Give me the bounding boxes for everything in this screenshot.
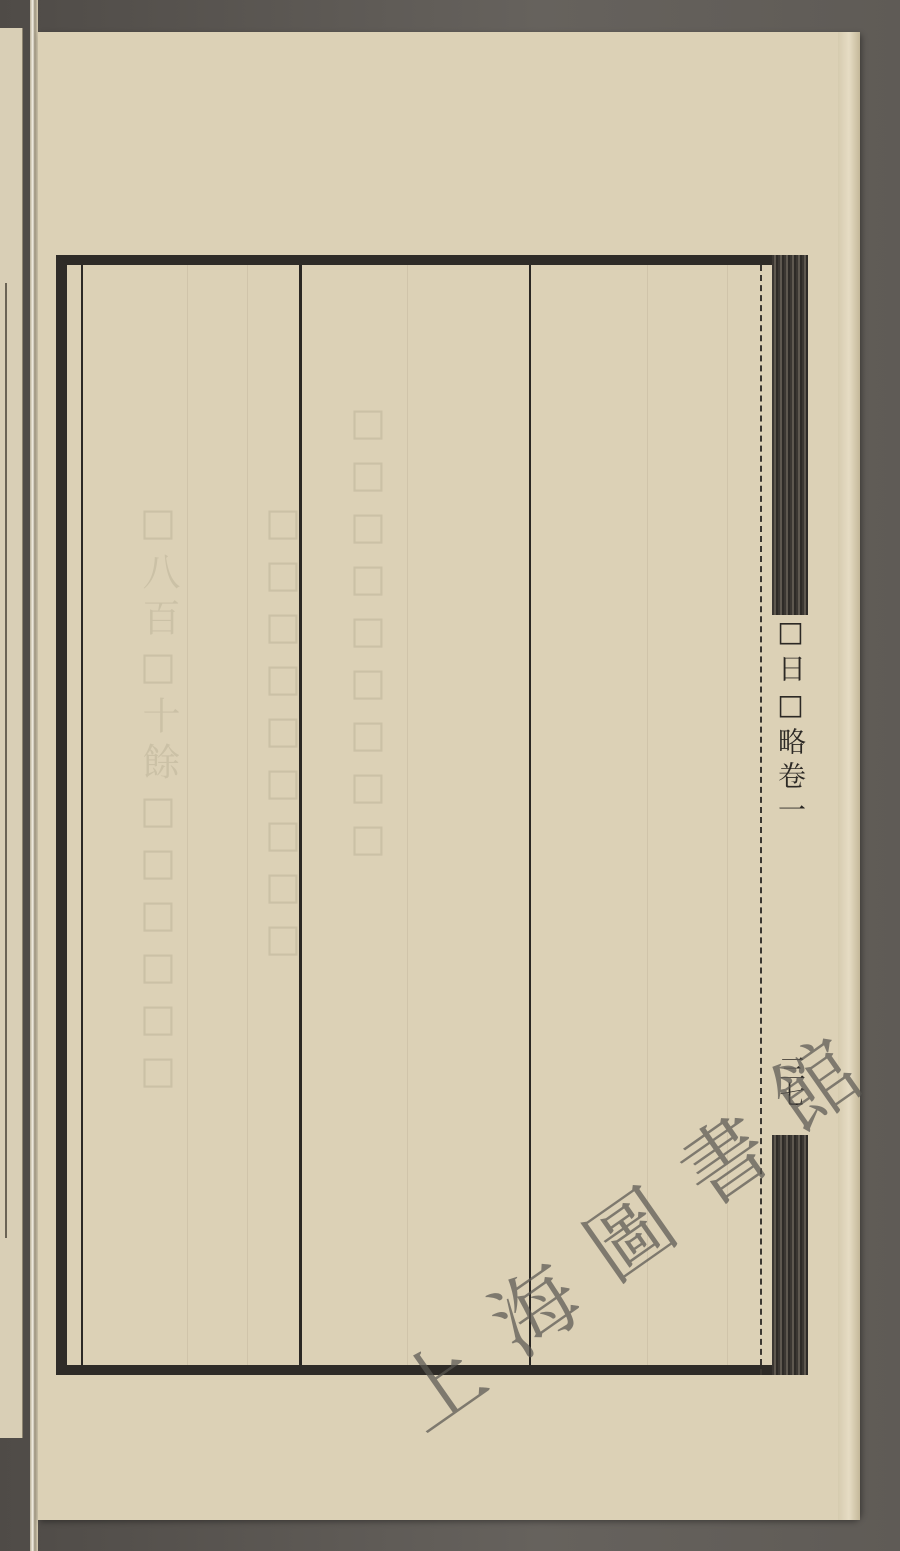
book-gutter <box>30 0 38 1551</box>
stamp-char: 圖 <box>558 1157 696 1304</box>
bleed-through-text: □八百□十餘□□□□□□ <box>135 500 181 1380</box>
library-stamp: 上 海 圖 書 館 <box>395 1070 875 1450</box>
left-page-edge <box>0 28 23 1438</box>
stamp-char: 書 <box>653 1082 791 1229</box>
stamp-char: 海 <box>463 1232 601 1379</box>
black-mouth-top <box>772 255 808 615</box>
book-title: □日□略卷一 <box>770 615 810 915</box>
left-page-frame-edge <box>0 283 7 1238</box>
column-guide <box>247 265 248 1365</box>
bleed-through-text: □□□□□□□□□ <box>345 400 391 900</box>
column-guide <box>187 265 188 1365</box>
bleed-through-text: □□□□□□□□□ <box>260 500 306 1100</box>
inner-left-rule <box>81 265 83 1365</box>
